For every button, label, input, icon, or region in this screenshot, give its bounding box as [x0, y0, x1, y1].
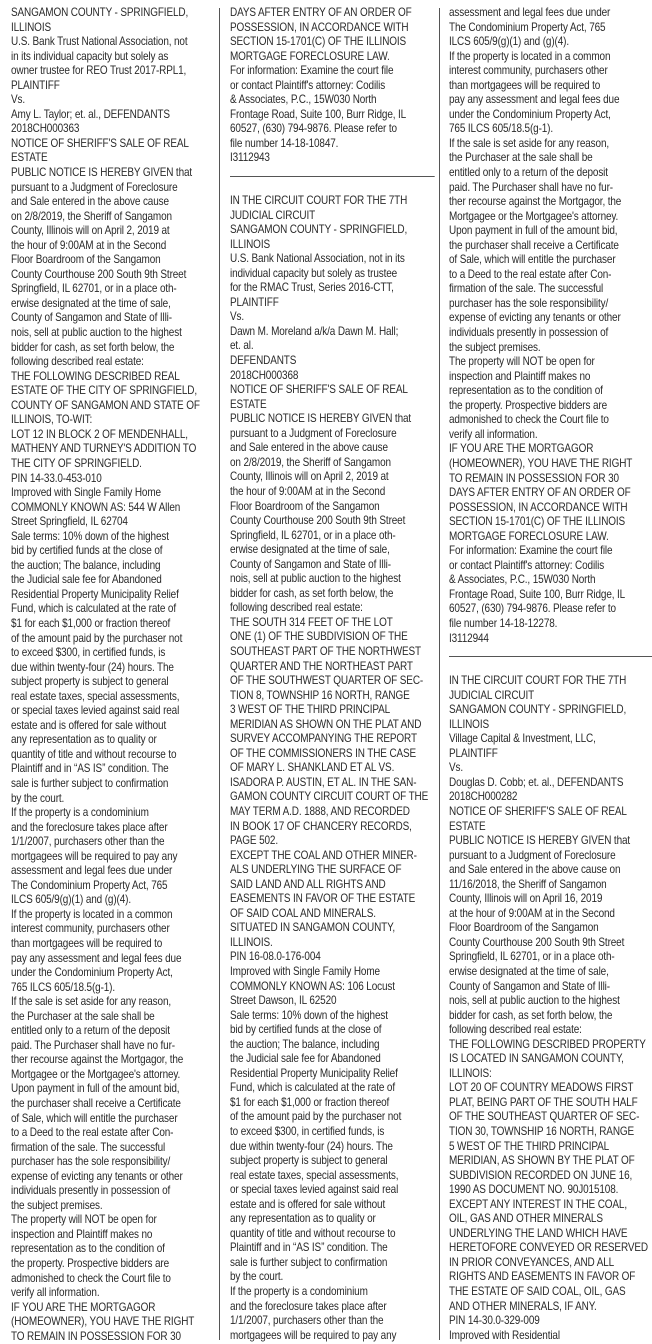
notice-text-line: for the RMAC Trust, Series 2016-CTT, [230, 281, 435, 296]
notice-text-line: following described real estate: [230, 601, 435, 616]
notice-text-line: EASEMENTS IN FAVOR OF THE ESTATE [230, 892, 435, 907]
notice-text-line: and Sale entered in the above cause on [449, 863, 652, 878]
notice-text-line: of Sale, which will entitle the purchase… [11, 1112, 216, 1127]
notice-text-line: at the hour of 9:00AM at in the Second [449, 907, 652, 922]
notice-text-line: the subject premises. [11, 1199, 216, 1214]
notice-text-line: SUBDIVISION RECORDED ON JUNE 16, [449, 1169, 652, 1184]
notice-text-line: NOTICE OF SHERIFF'S SALE OF REAL [11, 137, 216, 152]
notice-text-line: ILCS 605/9(g)(1) and (g)(4). [449, 35, 652, 50]
notice-text-line: nois, sell at public auction to the high… [230, 572, 435, 587]
notice-text-line: If the property is a condominium [230, 1285, 435, 1300]
notice-text-line: erwise designated at the time of sale, [449, 965, 652, 980]
notice-text-line: 5 WEST OF THE THIRD PRINCIPAL [449, 1140, 652, 1155]
notice-text-line: the Judicial sale fee for Abandoned [11, 573, 216, 588]
notice-text-line: Floor Boardroom of the Sangamon [230, 500, 435, 515]
notice-text-line: POSSESSION, IN ACCORDANCE WITH [230, 21, 435, 36]
notice-text-line: 3 WEST OF THE THIRD PRINCIPAL [230, 703, 435, 718]
notice-text-line: TION 8, TOWNSHIP 16 NORTH, RANGE [230, 689, 435, 704]
notice-text-line: file number 14-18-10847. [230, 137, 435, 152]
notice-text-line: County, Illinois will on April 2, 2019 a… [11, 224, 216, 239]
notice-text-line: 60527, (630) 794-9876. Please refer to [449, 602, 652, 617]
notice-text-line: 60527, (630) 794-9876. Please refer to [230, 122, 435, 137]
notice-text-line: or special taxes levied against said rea… [11, 704, 216, 719]
notice-text-line: SURVEY ACCOMPANYING THE REPORT [230, 732, 435, 747]
notice-text-line: ESTATE [449, 820, 652, 835]
notice-text-line: admonished to check the Court file to [449, 413, 652, 428]
notice-text-line: ONE (1) OF THE SUBDIVISION OF THE [230, 630, 435, 645]
notice-text-line: pay any assessment and legal fees due [449, 93, 652, 108]
legal-notices-page: SANGAMON COUNTY - SPRINGFIELD,ILLINOISU.… [0, 0, 652, 1344]
notice-2-part-1: IN THE CIRCUIT COURT FOR THE 7THJUDICIAL… [230, 194, 435, 1343]
notice-text-line: to exceed $300, in certified funds, is [230, 1125, 435, 1140]
notice-text-line: 11/16/2018, the Sheriff of Sangamon [449, 878, 652, 893]
notice-text-line: Mortgagee or the Mortgagee's attorney. [449, 210, 652, 225]
notice-text-line: on 2/8/2019, the Sheriff of Sangamon [11, 210, 216, 225]
notice-text-line: or special taxes levied against said rea… [230, 1183, 435, 1198]
notice-text-line: Vs. [11, 93, 216, 108]
notice-text-line: Floor Boardroom of the Sangamon [11, 253, 216, 268]
notice-text-line: SOUTHEAST PART OF THE NORTHWEST [230, 645, 435, 660]
notice-text-line: ther recourse against the Mortgagor, the [11, 1053, 216, 1068]
notice-text-line: Village Capital & Investment, LLC, [449, 732, 652, 747]
notice-text-line: the Purchaser at the sale shall be [449, 151, 652, 166]
notice-text-line: ILLINOIS [449, 718, 652, 733]
notice-text-line: 2018CH000282 [449, 790, 652, 805]
notice-text-line: NOTICE OF SHERIFF'S SALE OF REAL [230, 383, 435, 398]
notice-text-line: Street Dawson, IL 62520 [230, 994, 435, 1009]
notice-text-line: and Sale entered in the above cause [230, 441, 435, 456]
notice-text-line: MERIDIAN, AS SHOWN BY THE PLAT OF [449, 1154, 652, 1169]
notice-text-line: bid by certified funds at the close of [11, 544, 216, 559]
notice-text-line: admonished to check the Court file to [11, 1272, 216, 1287]
notice-separator [449, 646, 625, 674]
notice-text-line: & Associates, P.C., 15W030 North [230, 93, 435, 108]
notice-text-line: The property will NOT be open for [11, 1213, 216, 1228]
notice-text-line: ESTATE [11, 151, 216, 166]
notice-1-part-1: SANGAMON COUNTY - SPRINGFIELD,ILLINOISU.… [11, 6, 216, 1344]
notice-text-line: the Purchaser at the sale shall be [11, 1010, 216, 1025]
notice-text-line: than mortgagees will be required to [449, 79, 652, 94]
notice-text-line: 1990 AS DOCUMENT NO. 90J015108. [449, 1183, 652, 1198]
notice-text-line: DAYS AFTER ENTRY OF AN ORDER OF [230, 6, 435, 21]
notice-text-line: QUARTER AND THE NORTHEAST PART [230, 660, 435, 675]
notice-text-line: the hour of 9:00AM at in the Second [11, 239, 216, 254]
notice-text-line: MORTGAGE FORECLOSURE LAW. [449, 530, 652, 545]
notice-text-line: For information: Examine the court file [449, 544, 652, 559]
notice-text-line: County, Illinois will on April 16, 2019 [449, 892, 652, 907]
notice-text-line: sale is further subject to confirmation [230, 1256, 435, 1271]
notice-text-line: COMMONLY KNOWN AS: 544 W Allen [11, 501, 216, 516]
notice-text-line: IN BOOK 17 OF CHANCERY RECORDS, [230, 820, 435, 835]
notice-text-line: OF THE SOUTHEAST QUARTER OF SEC- [449, 1110, 652, 1125]
notice-text-line: expense of evicting any tenants or other [449, 311, 652, 326]
notice-text-line: $1 for each $1,000 or fraction thereof [230, 1096, 435, 1111]
notice-text-line: or contact Plaintiff's attorney: Codilis [449, 559, 652, 574]
notice-text-line: the purchaser shall receive a Certificat… [11, 1097, 216, 1112]
notice-text-line: Improved with Residential [449, 1329, 652, 1344]
notice-text-line: expense of evicting any tenants or other [11, 1170, 216, 1185]
notice-text-line: Frontage Road, Suite 100, Burr Ridge, IL [449, 588, 652, 603]
notice-text-line: SECTION 15-1701(C) OF THE ILLINOIS [230, 35, 435, 50]
notice-text-line: SANGAMON COUNTY - SPRINGFIELD, [11, 6, 216, 21]
notice-text-line: or contact Plaintiff's attorney: Codilis [230, 79, 435, 94]
notice-text-line: on 2/8/2019, the Sheriff of Sangamon [230, 456, 435, 471]
notice-text-line: (HOMEOWNER), YOU HAVE THE RIGHT [11, 1315, 216, 1330]
separator-rule [230, 176, 435, 177]
notice-text-line: LOT 12 IN BLOCK 2 OF MENDENHALL, [11, 428, 216, 443]
notice-text-line: PUBLIC NOTICE IS HEREBY GIVEN that [230, 412, 435, 427]
notice-text-line: Improved with Single Family Home [230, 965, 435, 980]
notice-text-line: SAID LAND AND ALL RIGHTS AND [230, 878, 435, 893]
notice-text-line: MAY TERM A.D. 1888, AND RECORDED [230, 805, 435, 820]
notice-text-line: pay any assessment and legal fees due [11, 952, 216, 967]
column-1: SANGAMON COUNTY - SPRINGFIELD,ILLINOISU.… [11, 6, 187, 1344]
notice-text-line: County, Illinois will on April 2, 2019 a… [230, 470, 435, 485]
notice-text-line: SANGAMON COUNTY - SPRINGFIELD, [230, 223, 435, 238]
notice-text-line: ILLINOIS: [449, 1067, 652, 1082]
notice-text-line: quantity of title and without recourse t… [230, 1227, 435, 1242]
notice-text-line: file number 14-18-12278. [449, 617, 652, 632]
notice-text-line: COMMONLY KNOWN AS: 106 Locust [230, 980, 435, 995]
column-3: assessment and legal fees due underThe C… [449, 6, 625, 1343]
notice-text-line: Vs. [449, 761, 652, 776]
notice-text-line: SITUATED IN SANGAMON COUNTY, [230, 921, 435, 936]
notice-text-line: SANGAMON COUNTY - SPRINGFIELD, [449, 703, 652, 718]
notice-text-line: by the court. [11, 792, 216, 807]
notice-text-line: of the amount paid by the purchaser not [11, 632, 216, 647]
notice-text-line: THE ESTATE OF SAID COAL, OIL, GAS [449, 1285, 652, 1300]
notice-text-line: County Courthouse 200 South 9th Street [449, 936, 652, 951]
notice-text-line: OF SAID COAL AND MINERALS. [230, 907, 435, 922]
notice-text-line: firmation of the sale. The successful [11, 1141, 216, 1156]
notice-text-line: IF YOU ARE THE MORTGAGOR [449, 442, 652, 457]
notice-text-line: 765 ILCS 605/18.5(g-1). [11, 981, 216, 996]
notice-text-line: Plaintiff and in “AS IS” condition. The [230, 1241, 435, 1256]
notice-text-line: individuals presently in possession of [11, 1184, 216, 1199]
notice-text-line: inspection and Plaintiff makes no [449, 370, 652, 385]
notice-text-line: real estate taxes, special assessments, [11, 690, 216, 705]
notice-text-line: Sale terms: 10% down of the highest [230, 1009, 435, 1024]
notice-text-line: assessment and legal fees due under [449, 6, 652, 21]
notice-text-line: paid. The Purchaser shall have no fur- [449, 181, 652, 196]
notice-text-line: PAGE 502. [230, 834, 435, 849]
notice-text-line: If the property is located in a common [11, 908, 216, 923]
notice-text-line: EXCEPT THE COAL AND OTHER MINER- [230, 849, 435, 864]
notice-text-line: & Associates, P.C., 15W030 North [449, 573, 652, 588]
notice-text-line: IS LOCATED IN SANGAMON COUNTY, [449, 1052, 652, 1067]
notice-text-line: and Sale entered in the above cause [11, 195, 216, 210]
notice-text-line: ILLINOIS [230, 238, 435, 253]
notice-text-line: PLAINTIFF [230, 296, 435, 311]
notice-text-line: TION 30, TOWNSHIP 16 NORTH, RANGE [449, 1125, 652, 1140]
notice-text-line: the Judicial sale fee for Abandoned [230, 1052, 435, 1067]
notice-text-line: MATHENY AND TURNEY'S ADDITION TO [11, 442, 216, 457]
notice-text-line: Mortgagee or the Mortgagee's attorney. [11, 1068, 216, 1083]
notice-text-line: County of Sangamon and State of Illi- [449, 980, 652, 995]
notice-text-line: purchaser has the sole responsibility/ [449, 297, 652, 312]
notice-text-line: PLAINTIFF [11, 79, 216, 94]
notice-text-line: THE FOLLOWING DESCRIBED PROPERTY [449, 1038, 652, 1053]
notice-text-line: real estate taxes, special assessments, [230, 1169, 435, 1184]
notice-text-line: County of Sangamon and State of Illi- [11, 311, 216, 326]
notice-text-line: DAYS AFTER ENTRY OF AN ORDER OF [449, 486, 652, 501]
notice-text-line: representation as to the condition of [11, 1242, 216, 1257]
notice-text-line: ILLINOIS, TO-WIT: [11, 413, 216, 428]
notice-text-line: the property. Prospective bidders are [11, 1257, 216, 1272]
notice-text-line: under the Condominium Property Act, [449, 108, 652, 123]
notice-text-line: by the court. [230, 1270, 435, 1285]
notice-text-line: PIN 14-33.0-453-010 [11, 472, 216, 487]
notice-text-line: THE FOLLOWING DESCRIBED REAL [11, 370, 216, 385]
column-divider [219, 8, 220, 1340]
notice-text-line: following described real estate: [11, 355, 216, 370]
notice-text-line: PUBLIC NOTICE IS HEREBY GIVEN that [449, 834, 652, 849]
notice-text-line: Sale terms: 10% down of the highest [11, 530, 216, 545]
notice-text-line: bidder for cash, as set forth below, the [230, 587, 435, 602]
notice-text-line: and the foreclosure takes place after [11, 821, 216, 836]
notice-text-line: PUBLIC NOTICE IS HEREBY GIVEN that [11, 166, 216, 181]
notice-text-line: (HOMEOWNER), YOU HAVE THE RIGHT [449, 457, 652, 472]
notice-text-line: COUNTY OF SANGAMON AND STATE OF [11, 399, 216, 414]
notice-text-line: U.S. Bank Trust National Association, no… [11, 35, 216, 50]
notice-text-line: mortgagees will be required to pay any [230, 1329, 435, 1344]
notice-text-line: interest community, purchasers other [449, 64, 652, 79]
notice-text-line: the purchaser shall receive a Certificat… [449, 239, 652, 254]
notice-text-line: If the property is a condominium [11, 806, 216, 821]
notice-text-line: Street Springfield, IL 62704 [11, 515, 216, 530]
notice-text-line: of the amount paid by the purchaser not [230, 1110, 435, 1125]
notice-text-line: Fund, which is calculated at the rate of [11, 602, 216, 617]
notice-text-line: PLAINTIFF [449, 747, 652, 762]
notice-text-line: subject property is subject to general [11, 675, 216, 690]
notice-text-line: 2018CH000363 [11, 122, 216, 137]
notice-text-line: pursuant to a Judgment of Foreclosure [449, 849, 652, 864]
notice-text-line: entitled only to a return of the deposit [449, 166, 652, 181]
notice-text-line: I3112943 [230, 151, 435, 166]
notice-text-line: County Courthouse 200 South 9th Street [230, 514, 435, 529]
notice-text-line: ALS UNDERLYING THE SURFACE OF [230, 863, 435, 878]
notice-separator [230, 166, 406, 194]
notice-text-line: If the property is located in a common [449, 50, 652, 65]
notice-text-line: ther recourse against the Mortgagor, the [449, 195, 652, 210]
notice-text-line: the hour of 9:00AM at in the Second [230, 485, 435, 500]
notice-text-line: Vs. [230, 310, 435, 325]
separator-rule [449, 656, 652, 657]
notice-text-line: pursuant to a Judgment of Foreclosure [11, 181, 216, 196]
notice-text-line: and the foreclosure takes place after [230, 1300, 435, 1315]
notice-text-line: to exceed $300, in certified funds, is [11, 646, 216, 661]
notice-text-line: pursuant to a Judgment of Foreclosure [230, 427, 435, 442]
notice-text-line: PLAT, BEING PART OF THE SOUTH HALF [449, 1096, 652, 1111]
notice-text-line: erwise designated at the time of sale, [11, 297, 216, 312]
notice-text-line: entitled only to a return of the deposit [11, 1024, 216, 1039]
notice-text-line: The Condominium Property Act, 765 [449, 21, 652, 36]
notice-3-part-1: IN THE CIRCUIT COURT FOR THE 7THJUDICIAL… [449, 674, 652, 1343]
notice-text-line: Improved with Single Family Home [11, 486, 216, 501]
notice-text-line: to a Deed to the real estate after Con- [449, 268, 652, 283]
notice-text-line: quantity of title and without recourse t… [11, 748, 216, 763]
notice-text-line: Frontage Road, Suite 100, Burr Ridge, IL [230, 108, 435, 123]
notice-text-line: For information: Examine the court file [230, 64, 435, 79]
notice-text-line: ESTATE [230, 398, 435, 413]
notice-text-line: EXCEPT ANY INTEREST IN THE COAL, [449, 1198, 652, 1213]
notice-text-line: et. al. [230, 339, 435, 354]
notice-text-line: verify all information. [449, 428, 652, 443]
notice-text-line: Springfield, IL 62701, or in a place oth… [449, 950, 652, 965]
notice-text-line: sale is further subject to confirmation [11, 777, 216, 792]
column-divider [439, 8, 440, 1340]
notice-text-line: inspection and Plaintiff makes no [11, 1228, 216, 1243]
notice-text-line: DEFENDANTS [230, 354, 435, 369]
notice-text-line: IN THE CIRCUIT COURT FOR THE 7TH [230, 194, 435, 209]
notice-text-line: Amy L. Taylor; et. al., DEFENDANTS [11, 108, 216, 123]
notice-text-line: POSSESSION, IN ACCORDANCE WITH [449, 501, 652, 516]
notice-text-line: nois, sell at public auction to the high… [11, 326, 216, 341]
notice-text-line: Floor Boardroom of the Sangamon [449, 921, 652, 936]
notice-text-line: estate and is offered for sale without [11, 719, 216, 734]
notice-text-line: I3112944 [449, 632, 652, 647]
notice-text-line: 1/1/2007, purchasers other than the [230, 1314, 435, 1329]
notice-text-line: ESTATE OF THE CITY OF SPRINGFIELD, [11, 384, 216, 399]
notice-text-line: 1/1/2007, purchasers other than the [11, 835, 216, 850]
notice-text-line: the property. Prospective bidders are [449, 399, 652, 414]
notice-text-line: nois, sell at public auction to the high… [449, 994, 652, 1009]
notice-text-line: than mortgagees will be required to [11, 937, 216, 952]
notice-text-line: bidder for cash, as set forth below, the [11, 341, 216, 356]
notice-text-line: interest community, purchasers other [11, 922, 216, 937]
notice-text-line: If the sale is set aside for any reason, [449, 137, 652, 152]
notice-text-line: Fund, which is calculated at the rate of [230, 1081, 435, 1096]
notice-text-line: HERETOFORE CONVEYED OR RESERVED [449, 1241, 652, 1256]
notice-text-line: firmation of the sale. The successful [449, 282, 652, 297]
notice-text-line: individuals presently in possession of [449, 326, 652, 341]
notice-text-line: estate and is offered for sale without [230, 1198, 435, 1213]
notice-text-line: the subject premises. [449, 341, 652, 356]
column-2: DAYS AFTER ENTRY OF AN ORDER OFPOSSESSIO… [230, 6, 406, 1343]
notice-text-line: verify all information. [11, 1286, 216, 1301]
notice-text-line: Residential Property Municipality Relief [11, 588, 216, 603]
notice-text-line: MORTGAGE FORECLOSURE LAW. [230, 50, 435, 65]
notice-text-line: any representation as to quality or [230, 1212, 435, 1227]
notice-text-line: assessment and legal fees due under [11, 864, 216, 879]
notice-text-line: County Courthouse 200 South 9th Street [11, 268, 216, 283]
notice-text-line: Springfield, IL 62701, or in a place oth… [11, 282, 216, 297]
notice-text-line: MERIDIAN AS SHOWN ON THE PLAT AND [230, 718, 435, 733]
notice-text-line: The Condominium Property Act, 765 [11, 879, 216, 894]
notice-text-line: the auction; The balance, including [11, 559, 216, 574]
notice-text-line: GAMON COUNTY CIRCUIT COURT OF THE [230, 790, 435, 805]
notice-text-line: THE CITY OF SPRINGFIELD. [11, 457, 216, 472]
notice-text-line: NOTICE OF SHERIFF'S SALE OF REAL [449, 805, 652, 820]
notice-text-line: bidder for cash, as set forth below, the [449, 1009, 652, 1024]
notice-text-line: PIN 16-08.0-176-004 [230, 950, 435, 965]
notice-text-line: $1 for each $1,000 or fraction thereof [11, 617, 216, 632]
notice-text-line: to a Deed to the real estate after Con- [11, 1126, 216, 1141]
notice-text-line: 2018CH000368 [230, 369, 435, 384]
notice-text-line: Douglas D. Cobb; et. al., DEFENDANTS [449, 776, 652, 791]
notice-text-line: JUDICIAL CIRCUIT [230, 209, 435, 224]
notice-text-line: Upon payment in full of the amount bid, [11, 1082, 216, 1097]
notice-text-line: U.S. Bank National Association, not in i… [230, 252, 435, 267]
notice-text-line: LOT 20 OF COUNTRY MEADOWS FIRST [449, 1081, 652, 1096]
notice-text-line: the auction; The balance, including [230, 1038, 435, 1053]
notice-text-line: due within twenty-four (24) hours. The [11, 661, 216, 676]
notice-text-line: Plaintiff and in “AS IS” condition. The [11, 762, 216, 777]
notice-text-line: representation as to the condition of [449, 384, 652, 399]
notice-text-line: JUDICIAL CIRCUIT [449, 689, 652, 704]
notice-text-line: paid. The Purchaser shall have no fur- [11, 1039, 216, 1054]
notice-text-line: subject property is subject to general [230, 1154, 435, 1169]
notice-text-line: ILLINOIS. [230, 936, 435, 951]
notice-text-line: ISADORA P. AUSTIN, ET AL. IN THE SAN- [230, 776, 435, 791]
notice-text-line: IN THE CIRCUIT COURT FOR THE 7TH [449, 674, 652, 689]
notice-text-line: ILLINOIS [11, 21, 216, 36]
notice-text-line: under the Condominium Property Act, [11, 966, 216, 981]
notice-text-line: Upon payment in full of the amount bid, [449, 224, 652, 239]
notice-text-line: UNDERLYING THE LAND WHICH HAVE [449, 1227, 652, 1242]
notice-text-line: Springfield, IL 62701, or in a place oth… [230, 529, 435, 544]
notice-text-line: IN PRIOR CONVEYANCES, AND ALL [449, 1256, 652, 1271]
notice-text-line: owner trustee for REO Trust 2017-RPL1, [11, 64, 216, 79]
notice-text-line: THE SOUTH 314 FEET OF THE LOT [230, 616, 435, 631]
notice-text-line: RIGHTS AND EASEMENTS IN FAVOR OF [449, 1270, 652, 1285]
notice-text-line: The property will NOT be open for [449, 355, 652, 370]
notice-text-line: bid by certified funds at the close of [230, 1023, 435, 1038]
notice-text-line: ILCS 605/9(g)(1) and (g)(4). [11, 893, 216, 908]
notice-text-line: County of Sangamon and State of Illi- [230, 558, 435, 573]
notice-text-line: OF THE SOUTHWEST QUARTER OF SEC- [230, 674, 435, 689]
notice-text-line: AND OTHER MINERALS, IF ANY. [449, 1300, 652, 1315]
notice-text-line: mortgagees will be required to pay any [11, 850, 216, 865]
notice-text-line: IF YOU ARE THE MORTGAGOR [11, 1301, 216, 1316]
notice-text-line: If the sale is set aside for any reason, [11, 995, 216, 1010]
notice-text-line: in its individual capacity but solely as [11, 50, 216, 65]
notice-text-line: Residential Property Municipality Relief [230, 1067, 435, 1082]
notice-1-part-2: DAYS AFTER ENTRY OF AN ORDER OFPOSSESSIO… [230, 6, 435, 166]
notice-text-line: any representation as to quality or [11, 733, 216, 748]
notice-text-line: individual capacity but solely as truste… [230, 267, 435, 282]
notice-text-line: TO REMAIN IN POSSESSION FOR 30 [449, 472, 652, 487]
notice-text-line: due within twenty-four (24) hours. The [230, 1140, 435, 1155]
notice-text-line: following described real estate: [449, 1023, 652, 1038]
notice-text-line: 765 ILCS 605/18.5(g-1). [449, 122, 652, 137]
notice-text-line: OIL, GAS AND OTHER MINERALS [449, 1212, 652, 1227]
notice-text-line: PIN 14-30.0-329-009 [449, 1314, 652, 1329]
notice-text-line: of Sale, which will entitle the purchase… [449, 253, 652, 268]
notice-text-line: TO REMAIN IN POSSESSION FOR 30 [11, 1330, 216, 1344]
notice-text-line: Dawn M. Moreland a/k/a Dawn M. Hall; [230, 325, 435, 340]
notice-text-line: OF THE COMMISSIONERS IN THE CASE [230, 747, 435, 762]
notice-text-line: purchaser has the sole responsibility/ [11, 1155, 216, 1170]
notice-text-line: erwise designated at the time of sale, [230, 543, 435, 558]
notice-2-part-2: assessment and legal fees due underThe C… [449, 6, 652, 646]
notice-text-line: OF MARY L. SHANKLAND ET AL VS. [230, 761, 435, 776]
notice-text-line: SECTION 15-1701(C) OF THE ILLINOIS [449, 515, 652, 530]
